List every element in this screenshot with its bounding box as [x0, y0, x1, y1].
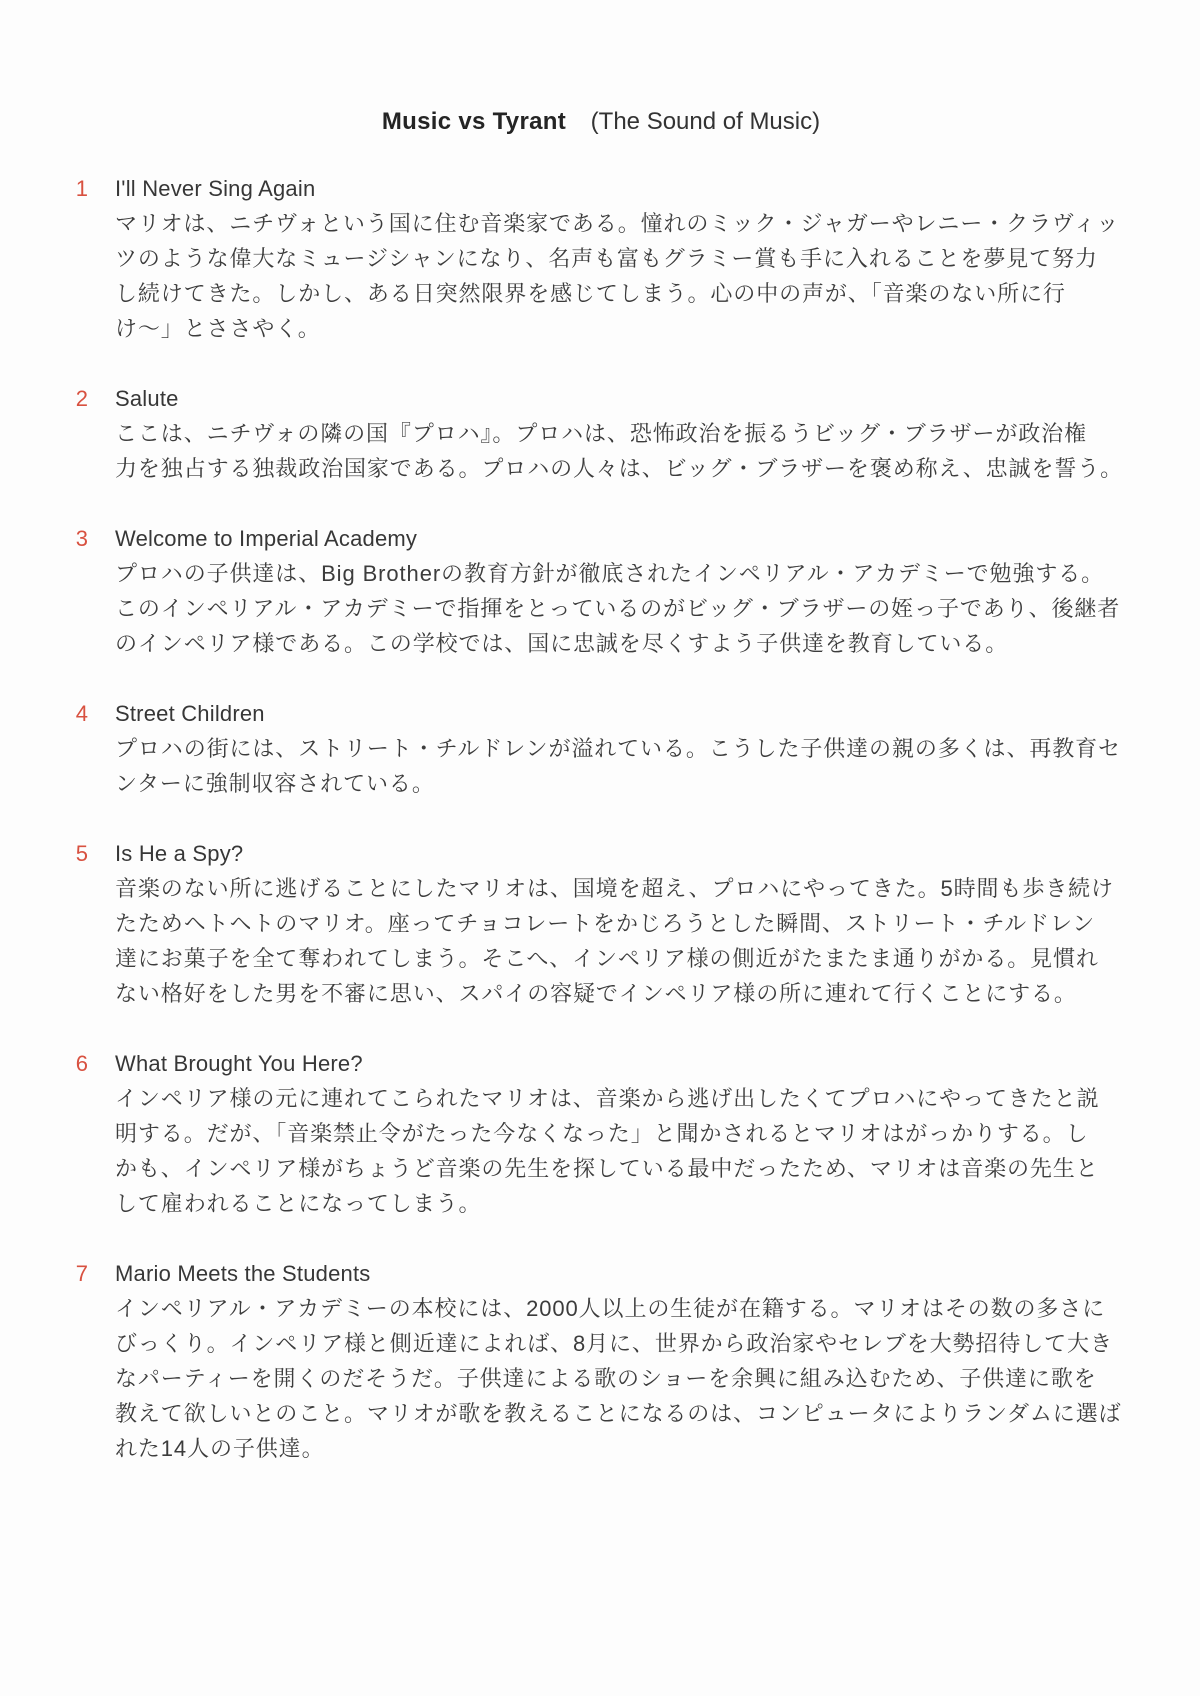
section-1: 1 I'll Never Sing Again マリオは、ニチヴォという国に住む…: [60, 171, 1142, 346]
section-3-number: 3: [60, 521, 88, 556]
section-4-heading: Street Children: [115, 696, 1127, 731]
section-1-number: 1: [60, 171, 88, 206]
document-title: Music vs Tyrant (The Sound of Music): [60, 104, 1142, 140]
section-4: 4 Street Children プロハの街には、ストリート・チルドレンが溢れ…: [60, 696, 1142, 801]
section-5-body: 音楽のない所に逃げることにしたマリオは、国境を超え、プロハにやってきた。5時間も…: [115, 871, 1127, 1011]
section-5-content: Is He a Spy? 音楽のない所に逃げることにしたマリオは、国境を超え、プ…: [115, 836, 1127, 1011]
section-7-content: Mario Meets the Students インペリアル・アカデミーの本校…: [115, 1256, 1127, 1466]
section-7-number: 7: [60, 1256, 88, 1291]
section-2: 2 Salute ここは、ニチヴォの隣の国『プロハ』。プロハは、恐怖政治を振るう…: [60, 381, 1142, 486]
section-2-body: ここは、ニチヴォの隣の国『プロハ』。プロハは、恐怖政治を振るうビッグ・ブラザーが…: [115, 416, 1127, 486]
section-4-body: プロハの街には、ストリート・チルドレンが溢れている。こうした子供達の親の多くは、…: [115, 731, 1127, 801]
section-6: 6 What Brought You Here? インペリア様の元に連れてこられ…: [60, 1046, 1142, 1221]
section-7: 7 Mario Meets the Students インペリアル・アカデミーの…: [60, 1256, 1142, 1466]
section-6-number: 6: [60, 1046, 88, 1081]
section-1-heading: I'll Never Sing Again: [115, 171, 1127, 206]
section-6-content: What Brought You Here? インペリア様の元に連れてこられたマ…: [115, 1046, 1127, 1221]
section-3-body: プロハの子供達は、Big Brotherの教育方針が徹底されたインペリアル・アカ…: [115, 556, 1127, 661]
section-4-content: Street Children プロハの街には、ストリート・チルドレンが溢れてい…: [115, 696, 1127, 801]
section-5-heading: Is He a Spy?: [115, 836, 1127, 871]
section-6-body: インペリア様の元に連れてこられたマリオは、音楽から逃げ出したくてプロハにやってき…: [115, 1081, 1127, 1221]
section-6-heading: What Brought You Here?: [115, 1046, 1127, 1081]
section-2-content: Salute ここは、ニチヴォの隣の国『プロハ』。プロハは、恐怖政治を振るうビッ…: [115, 381, 1127, 486]
section-3: 3 Welcome to Imperial Academy プロハの子供達は、B…: [60, 521, 1142, 661]
section-5-number: 5: [60, 836, 88, 871]
section-7-heading: Mario Meets the Students: [115, 1256, 1127, 1291]
section-3-heading: Welcome to Imperial Academy: [115, 521, 1127, 556]
document-page: Music vs Tyrant (The Sound of Music) 1 I…: [0, 0, 1200, 1696]
section-2-number: 2: [60, 381, 88, 416]
section-1-content: I'll Never Sing Again マリオは、ニチヴォという国に住む音楽…: [115, 171, 1127, 346]
document-subtitle: (The Sound of Music): [591, 108, 820, 135]
section-3-content: Welcome to Imperial Academy プロハの子供達は、Big…: [115, 521, 1127, 661]
section-7-body: インペリアル・アカデミーの本校には、2000人以上の生徒が在籍する。マリオはその…: [115, 1291, 1127, 1466]
document-title-main: Music vs Tyrant: [382, 108, 566, 135]
section-5: 5 Is He a Spy? 音楽のない所に逃げることにしたマリオは、国境を超え…: [60, 836, 1142, 1011]
section-1-body: マリオは、ニチヴォという国に住む音楽家である。憧れのミック・ジャガーやレニー・ク…: [115, 206, 1127, 346]
section-4-number: 4: [60, 696, 88, 731]
section-2-heading: Salute: [115, 381, 1127, 416]
section-list: 1 I'll Never Sing Again マリオは、ニチヴォという国に住む…: [60, 171, 1142, 1466]
